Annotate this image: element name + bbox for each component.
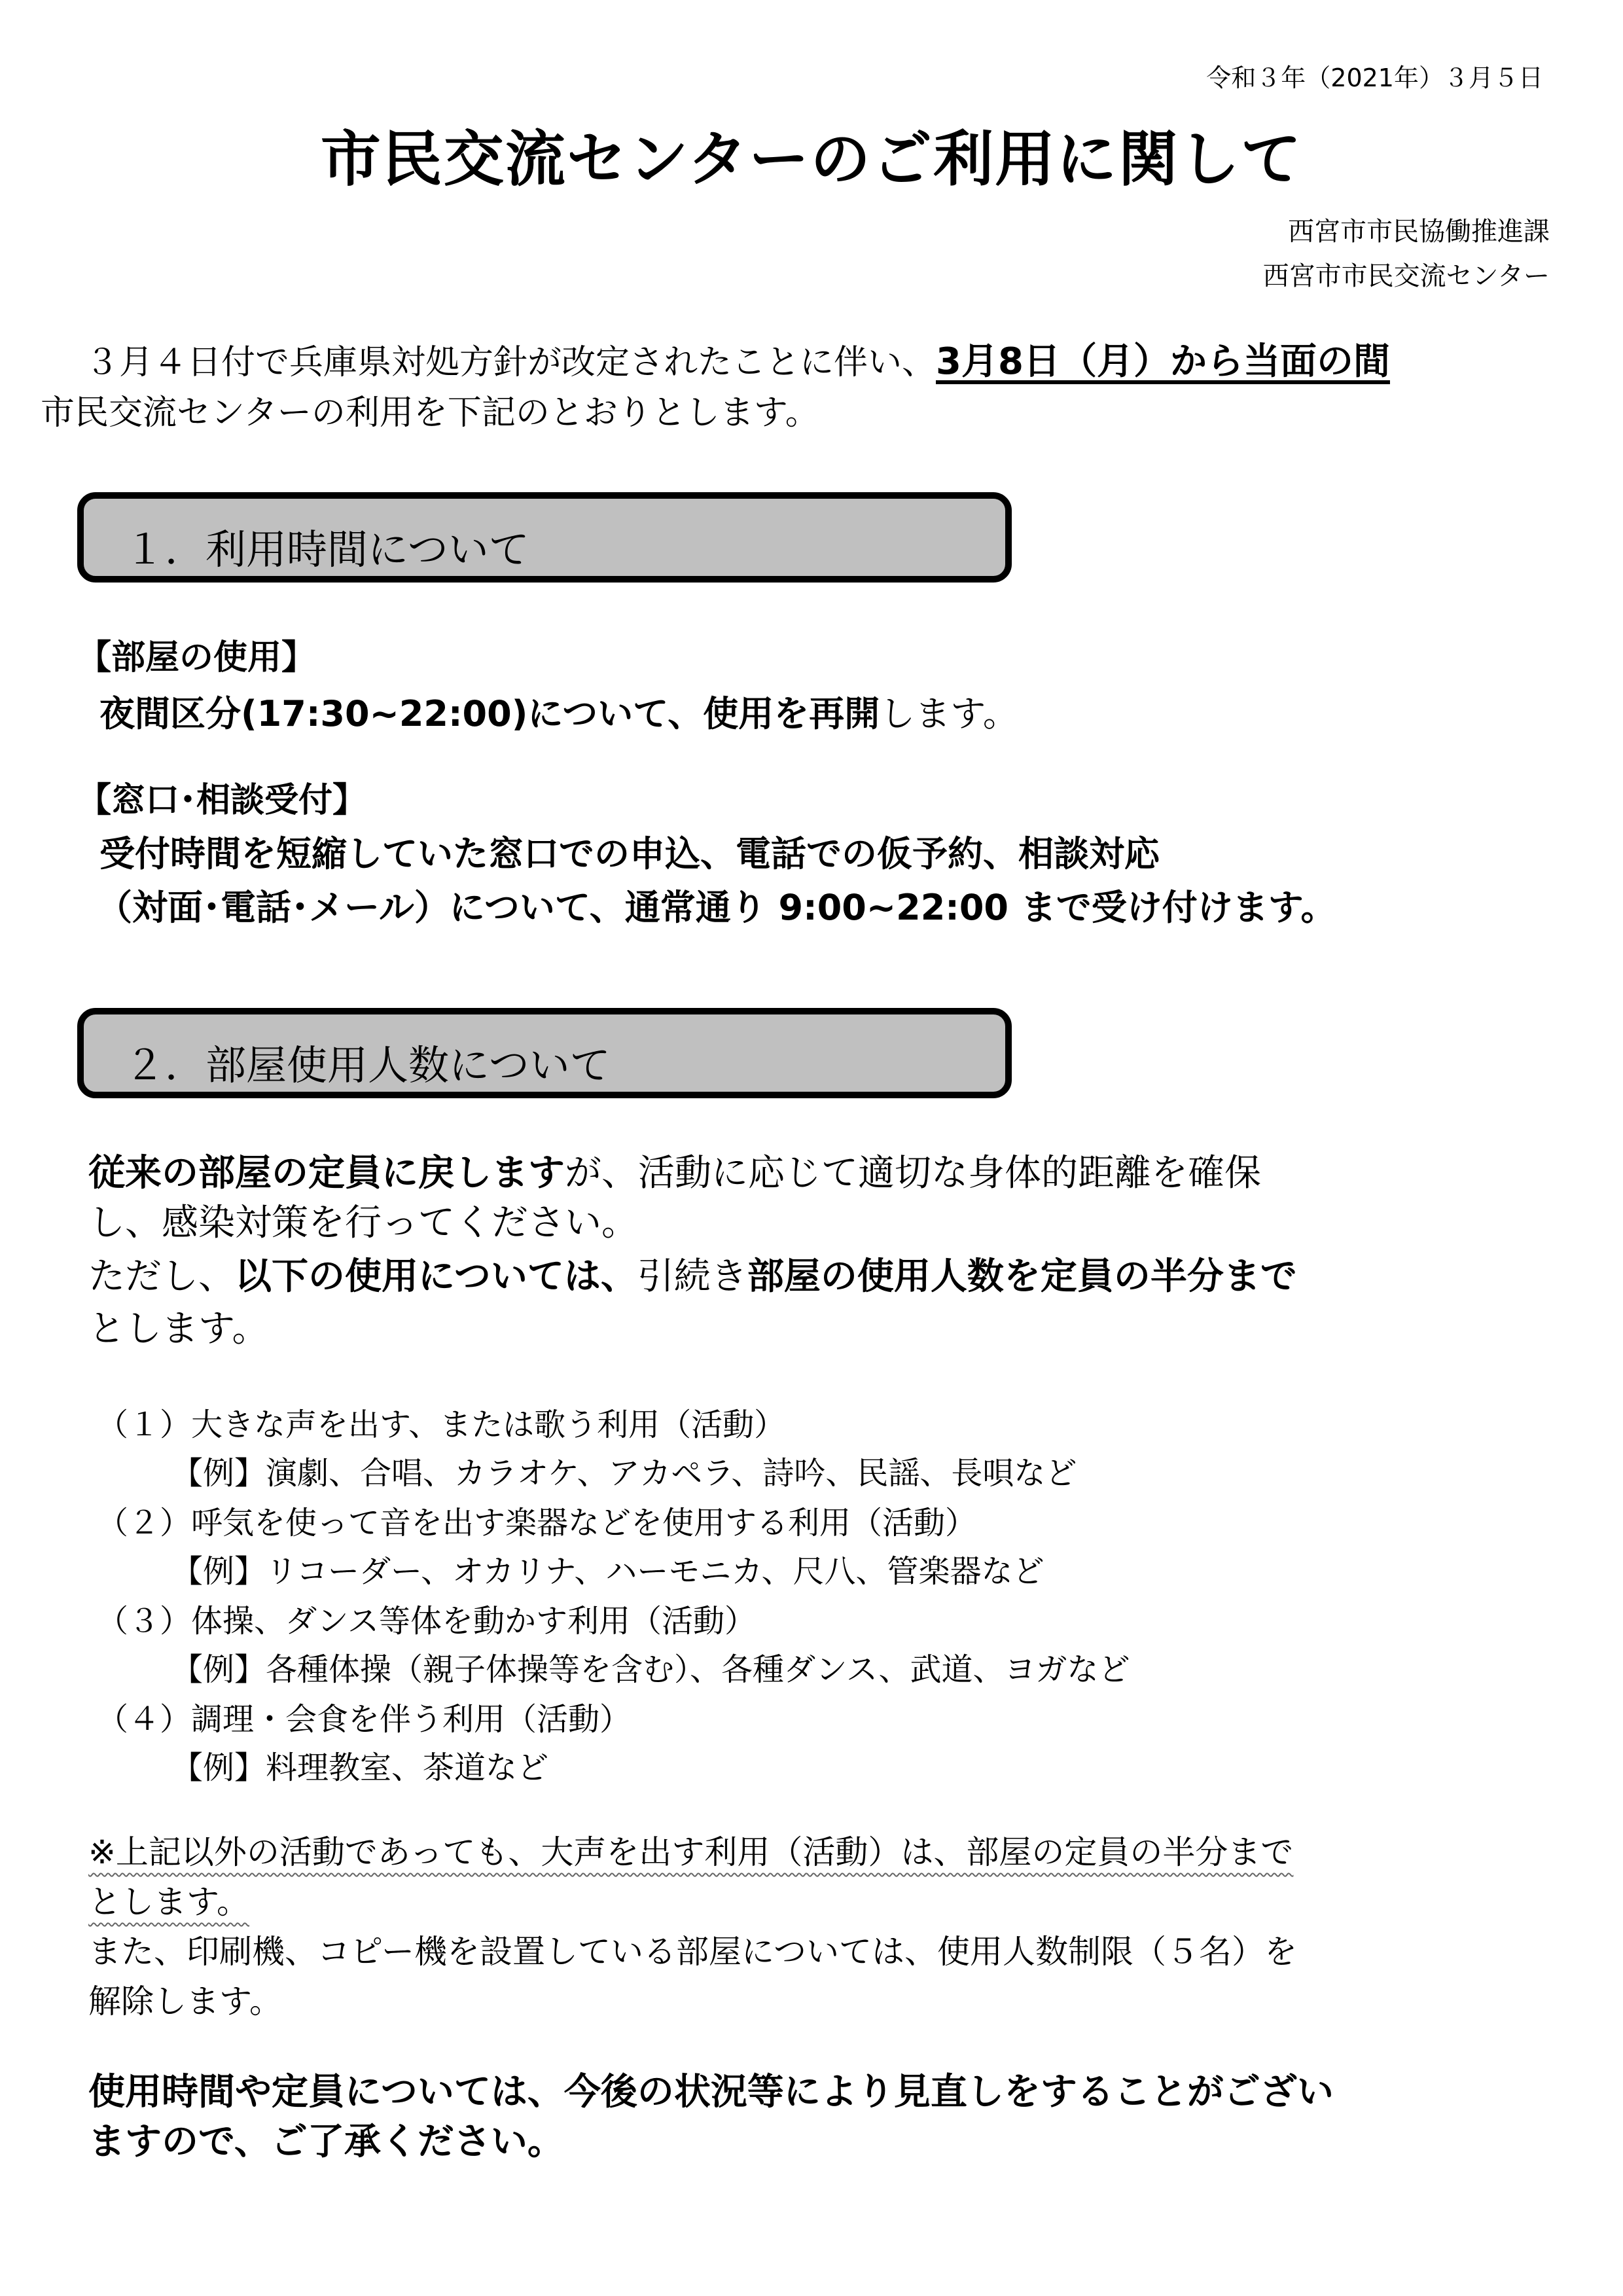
capacity-restored-bold: 従来の部屋の定員に戻します bbox=[88, 1152, 565, 1194]
rooms-usage-bold: 夜間区分(17:30~22:00)について、使用を再開 bbox=[99, 693, 880, 734]
rooms-usage-normal: します。 bbox=[880, 693, 1018, 734]
intro-line-1: ３月４日付で兵庫県対処方針が改定されたことに伴い、3月8日（月）から当面の間 bbox=[85, 332, 1390, 385]
section-1-header: １．利用時間について bbox=[77, 492, 1012, 583]
note-line-4: 解除します。 bbox=[88, 1975, 282, 2022]
half-capacity-bold: 部屋の使用人数を定員の半分まで bbox=[747, 1255, 1297, 1298]
list-item-example: 【例】リコーダー、オカリナ、ハーモニカ、尺八、管楽器など bbox=[171, 1546, 1044, 1591]
rooms-usage-text: 夜間区分(17:30~22:00)について、使用を再開します。 bbox=[99, 686, 1018, 736]
capacity-para-bold: 以下の使用については、 bbox=[235, 1255, 637, 1298]
list-item-title: （４）調理・会食を伴う利用（活動） bbox=[97, 1694, 631, 1739]
capacity-para-text: が、活動に応じて適切な身体的距離を確保 bbox=[565, 1152, 1261, 1194]
effective-date-highlight: 3月8日（月）から当面の間 bbox=[936, 340, 1390, 383]
capacity-para-text: 引続き bbox=[637, 1255, 747, 1298]
section-2-title: ２．部屋使用人数について bbox=[124, 1033, 611, 1091]
list-item-title: （３）体操、ダンス等体を動かす利用（活動） bbox=[97, 1596, 756, 1641]
counter-line-1: 受付時間を短縮していた窓口での申込、電話での仮予約、相談対応 bbox=[99, 826, 1160, 876]
issuer-center: 西宮市市民交流センター bbox=[1263, 255, 1550, 293]
counter-label: 【窓口･相談受付】 bbox=[77, 772, 366, 821]
list-item-example: 【例】各種体操（親子体操等を含む）、各種ダンス、武道、ヨガなど bbox=[171, 1644, 1130, 1689]
capacity-para-line-1: 従来の部屋の定員に戻しますが、活動に応じて適切な身体的距離を確保 bbox=[88, 1144, 1261, 1196]
note-line-3: また、印刷機、コピー機を設置している部屋については、使用人数制限（５名）を bbox=[88, 1926, 1297, 1973]
capacity-para-text: ただし、 bbox=[88, 1255, 235, 1298]
capacity-para-line-4: とします。 bbox=[88, 1300, 269, 1352]
loud-voice-note: ※上記以外の活動であっても、大声を出す利用（活動）は、部屋の定員の半分まで bbox=[88, 1833, 1293, 1871]
document-date: 令和３年（2021年）３月５日 bbox=[1206, 58, 1543, 94]
intro-line-2: 市民交流センターの利用を下記のとおりとします。 bbox=[41, 385, 819, 434]
note-line-1: ※上記以外の活動であっても、大声を出す利用（活動）は、部屋の定員の半分まで bbox=[88, 1826, 1293, 1873]
note-line-2: とします。 bbox=[88, 1876, 249, 1923]
issuer-department: 西宮市市民協働推進課 bbox=[1288, 211, 1550, 248]
capacity-para-line-3: ただし、以下の使用については、引続き部屋の使用人数を定員の半分まで bbox=[88, 1247, 1297, 1300]
list-item-title: （２）呼気を使って音を出す楽器などを使用する利用（活動） bbox=[97, 1498, 976, 1543]
intro-text: ３月４日付で兵庫県対処方針が改定されたことに伴い、 bbox=[85, 343, 936, 382]
document-title: 市民交流センターのご利用に関して bbox=[0, 111, 1623, 198]
list-item-example: 【例】料理教室、茶道など bbox=[171, 1742, 548, 1787]
closing-line-1: 使用時間や定員については、今後の状況等により見直しをすることがござい bbox=[88, 2063, 1334, 2115]
capacity-para-line-2: し、感染対策を行ってください。 bbox=[88, 1194, 638, 1246]
counter-line-2: （対面･電話･メール）について、通常通り 9:00~22:00 まで受け付けます… bbox=[97, 880, 1336, 930]
rooms-usage-label: 【部屋の使用】 bbox=[77, 630, 315, 679]
section-1-title: １．利用時間について bbox=[124, 517, 529, 575]
section-2-header: ２．部屋使用人数について bbox=[77, 1008, 1012, 1098]
closing-line-2: ますので、ご了承ください。 bbox=[88, 2113, 564, 2165]
list-item-example: 【例】演劇、合唱、カラオケ、アカペラ、詩吟、民謡、長唄など bbox=[171, 1448, 1077, 1493]
loud-voice-note-end: とします。 bbox=[88, 1883, 249, 1921]
list-item-title: （１）大きな声を出す、または歌う利用（活動） bbox=[97, 1399, 785, 1444]
